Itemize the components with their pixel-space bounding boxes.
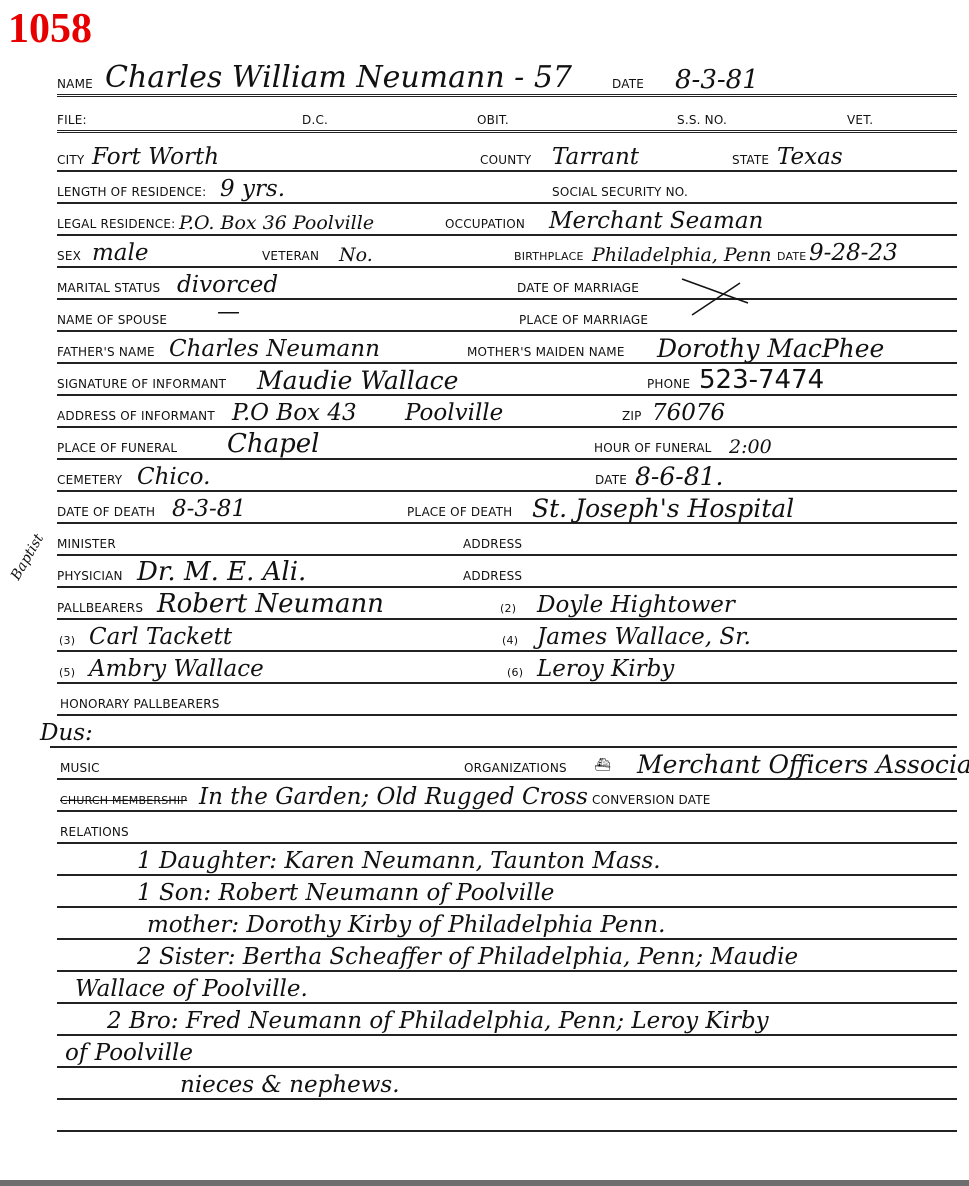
fathers-name-value[interactable]: Charles Neumann [169,338,380,361]
row-file: FILE: D.C. OBIT. S.S. NO. VET. [57,100,957,133]
minister-margin-note: Baptist [8,531,47,583]
ss-no-label: S.S. NO. [677,113,727,127]
row-name: NAME Charles William Neumann - 57 DATE 8… [57,62,957,97]
mothers-maiden-name-label: MOTHER'S MAIDEN NAME [467,345,625,359]
sex-label: SEX [57,249,81,263]
pallbearer-2-number: (2) [500,602,516,615]
honorary-pallbearers-value[interactable]: Dus: [40,722,93,745]
organizations-value[interactable]: Merchant Officers Association [637,752,969,777]
legal-residence-label: LEGAL RESIDENCE: [57,217,175,231]
funeral-date-label: DATE [595,473,627,487]
state-value[interactable]: Texas [777,146,843,169]
row-pallbearers-3-4: (3) Carl Tackett (4) James Wallace, Sr. [57,618,957,652]
zip-label: ZIP [622,409,642,423]
place-of-marriage-label: PLACE OF MARRIAGE [519,313,648,327]
phone-label: PHONE [647,377,690,391]
relations-line: 1 Son: Robert Neumann of Poolville [57,874,957,908]
row-city: CITY Fort Worth COUNTY Tarrant STATE Tex… [57,138,957,172]
physician-value[interactable]: Dr. M. E. Ali. [137,559,306,585]
vet-label: VET. [847,113,873,127]
row-death: DATE OF DEATH 8-3-81 PLACE OF DEATH St. … [57,490,957,524]
relations-line: 2 Sister: Bertha Scheaffer of Philadelph… [57,938,957,972]
row-minister: MINISTER ADDRESS [57,522,957,556]
honorary-pallbearers-label: HONORARY PALLBEARERS [60,697,220,711]
address-of-informant-city[interactable]: Poolville [405,402,503,425]
row-sex: SEX male VETERAN No. BIRTHPLACE Philadel… [57,234,957,268]
row-informant: SIGNATURE OF INFORMANT Maudie Wallace PH… [57,362,957,396]
birth-date-label: DATE [777,250,806,263]
church-membership-label: CHURCH MEMBERSHIP [60,794,187,807]
place-of-funeral-value[interactable]: Chapel [227,431,320,457]
relations-line: Wallace of Poolville. [57,970,957,1004]
pallbearer-5-number: (5) [59,666,75,679]
row-marital-status: MARITAL STATUS divorced DATE OF MARRIAGE [57,266,957,300]
pallbearer-5[interactable]: Ambry Wallace [89,658,264,681]
row-church-membership: CHURCH MEMBERSHIP In the Garden; Old Rug… [57,778,957,812]
cemetery-value[interactable]: Chico. [137,466,210,489]
row-honorary-pallbearers: HONORARY PALLBEARERS [57,682,957,716]
legal-residence-value[interactable]: P.O. Box 36 Poolville [179,214,374,233]
place-of-death-label: PLACE OF DEATH [407,505,512,519]
relations-line: 1 Daughter: Karen Neumann, Taunton Mass. [57,842,957,876]
row-legal-residence: LEGAL RESIDENCE: P.O. Box 36 Poolville O… [57,202,957,236]
relations-text[interactable]: mother: Dorothy Kirby of Philadelphia Pe… [147,914,665,937]
occupation-value[interactable]: Merchant Seaman [549,210,763,233]
row-residence-length: LENGTH OF RESIDENCE: 9 yrs. SOCIAL SECUR… [57,170,957,204]
relations-line-blank [57,1098,957,1132]
county-value[interactable]: Tarrant [552,146,639,169]
relations-line: 2 Bro: Fred Neumann of Philadelphia, Pen… [57,1002,957,1036]
ship-icon: ⛴ [594,757,611,773]
minister-label: MINISTER [57,537,116,551]
dc-label: D.C. [302,113,328,127]
birth-date-value[interactable]: 9-28-23 [809,242,898,265]
record-number: 1058 [8,8,92,50]
place-of-death-value[interactable]: St. Joseph's Hospital [532,496,794,521]
mothers-maiden-name-value[interactable]: Dorothy MacPhee [657,336,884,361]
social-security-label: SOCIAL SECURITY NO. [552,185,688,199]
birthplace-label: BIRTHPLACE [514,250,584,263]
name-value[interactable]: Charles William Neumann - 57 [105,63,572,93]
scan-bottom-edge [0,1180,969,1186]
address-of-informant-value[interactable]: P.O Box 43 [232,402,357,425]
minister-address-label: ADDRESS [463,537,522,551]
relations-label: RELATIONS [60,825,129,839]
music-value[interactable]: In the Garden; Old Rugged Cross [199,786,588,809]
music-label: MUSIC [60,761,100,775]
pallbearer-4-number: (4) [502,634,518,647]
pallbearer-4[interactable]: James Wallace, Sr. [537,626,751,649]
phone-value[interactable]: 523-7474 [699,367,824,393]
pallbearer-6-number: (6) [507,666,523,679]
row-pallbearers-1-2: PALLBEARERS Robert Neumann (2) Doyle Hig… [57,586,957,620]
row-relations: RELATIONS [57,810,957,844]
row-pallbearers-5-6: (5) Ambry Wallace (6) Leroy Kirby [57,650,957,684]
file-label: FILE: [57,113,87,127]
pallbearers-label: PALLBEARERS [57,601,143,615]
marital-status-value[interactable]: divorced [177,274,278,297]
veteran-label: VETERAN [262,249,319,263]
row-physician: PHYSICIAN Dr. M. E. Ali. ADDRESS [57,554,957,588]
row-informant-address: ADDRESS OF INFORMANT P.O Box 43 Poolvill… [57,394,957,428]
relations-text[interactable]: 1 Son: Robert Neumann of Poolville [137,882,554,905]
conversion-date-label: CONVERSION DATE [592,793,711,807]
row-honorary-pallbearers-value: Dus: [50,714,957,748]
pallbearer-6[interactable]: Leroy Kirby [537,658,674,681]
veteran-value[interactable]: No. [339,246,373,265]
date-of-marriage-label: DATE OF MARRIAGE [517,281,639,295]
pallbearer-3[interactable]: Carl Tackett [89,626,232,649]
row-spouse: NAME OF SPOUSE — PLACE OF MARRIAGE [57,298,957,332]
state-label: STATE [732,153,769,167]
relations-line: mother: Dorothy Kirby of Philadelphia Pe… [57,906,957,940]
row-music: MUSIC ORGANIZATIONS ⛴ Merchant Officers … [57,746,957,780]
occupation-label: OCCUPATION [445,217,525,231]
place-of-funeral-label: PLACE OF FUNERAL [57,441,177,455]
strike-x-mark [680,277,750,317]
pallbearer-2[interactable]: Doyle Hightower [537,594,735,617]
physician-label: PHYSICIAN [57,569,123,583]
city-label: CITY [57,153,84,167]
hour-of-funeral-label: HOUR OF FUNERAL [594,441,712,455]
obit-label: OBIT. [477,113,509,127]
signature-of-informant-label: SIGNATURE OF INFORMANT [57,377,226,391]
name-label: NAME [57,77,93,91]
sex-value[interactable]: male [92,242,149,265]
date-label: DATE [612,77,644,91]
relations-text[interactable]: nieces & nephews. [180,1074,400,1097]
physician-address-label: ADDRESS [463,569,522,583]
relations-text[interactable]: 1 Daughter: Karen Neumann, Taunton Mass. [137,850,661,873]
pallbearer-3-number: (3) [59,634,75,647]
funeral-date-value[interactable]: 8-6-81. [635,464,723,489]
city-value[interactable]: Fort Worth [92,146,219,169]
funeral-record-page: 1058 NAME Charles William Neumann - 57 D… [0,0,969,1186]
relations-line: of Poolville [57,1034,957,1068]
relations-text[interactable]: of Poolville [65,1042,193,1065]
cemetery-label: CEMETERY [57,473,122,487]
zip-value[interactable]: 76076 [652,402,725,425]
address-of-informant-label: ADDRESS OF INFORMANT [57,409,215,423]
row-cemetery: CEMETERY Chico. DATE 8-6-81. [57,458,957,492]
birthplace-value[interactable]: Philadelphia, Penn [592,246,772,265]
row-parents: FATHER'S NAME Charles Neumann MOTHER'S M… [57,330,957,364]
relations-text[interactable]: 2 Bro: Fred Neumann of Philadelphia, Pen… [107,1010,769,1033]
fathers-name-label: FATHER'S NAME [57,345,155,359]
relations-line: nieces & nephews. [57,1066,957,1100]
date-value[interactable]: 8-3-81 [675,67,759,93]
date-of-death-value[interactable]: 8-3-81 [172,498,246,521]
relations-text[interactable]: 2 Sister: Bertha Scheaffer of Philadelph… [137,946,798,969]
row-funeral-place: PLACE OF FUNERAL Chapel HOUR OF FUNERAL … [57,426,957,460]
name-of-spouse-label: NAME OF SPOUSE [57,313,167,327]
marital-status-label: MARITAL STATUS [57,281,160,295]
length-of-residence-value[interactable]: 9 yrs. [220,178,285,201]
organizations-label: ORGANIZATIONS [464,761,567,775]
pallbearer-1[interactable]: Robert Neumann [157,591,384,617]
date-of-death-label: DATE OF DEATH [57,505,155,519]
name-of-spouse-value[interactable]: — [217,301,240,324]
signature-of-informant-value[interactable]: Maudie Wallace [257,368,458,393]
relations-text[interactable]: Wallace of Poolville. [75,978,308,1001]
length-of-residence-label: LENGTH OF RESIDENCE: [57,185,206,199]
county-label: COUNTY [480,153,531,167]
hour-of-funeral-value[interactable]: 2:00 [729,438,772,457]
